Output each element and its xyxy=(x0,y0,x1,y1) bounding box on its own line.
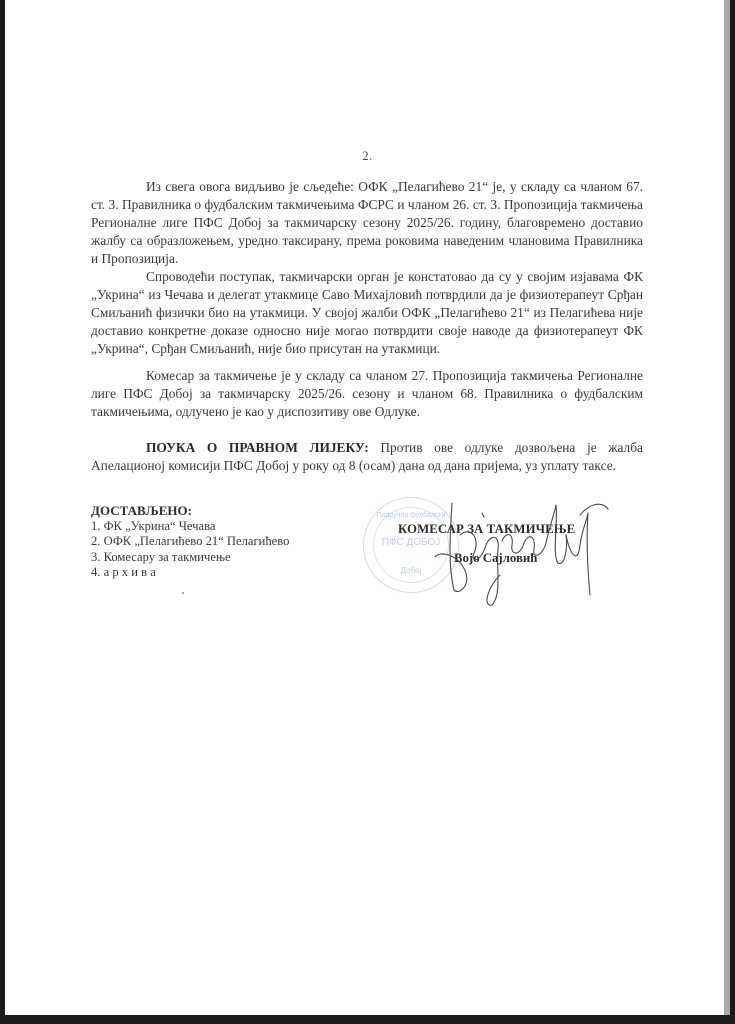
page-number: 2. xyxy=(0,149,735,164)
scan-speck xyxy=(182,592,184,594)
paragraph-procedure-findings: Спроводећи поступак, такмичарски орган ј… xyxy=(91,268,643,358)
delivered-to-item: 4. а р х и в а xyxy=(91,565,289,581)
handwritten-signature-icon xyxy=(430,495,610,610)
paragraph-appeal-timeliness: Из свега овога видљиво је сљедеће: ОФК „… xyxy=(91,178,643,268)
legal-remedy-notice: ПОУКА О ПРАВНОМ ЛИЈЕКУ: Против ове одлук… xyxy=(91,439,643,475)
legal-remedy-heading: ПОУКА О ПРАВНОМ ЛИЈЕКУ: xyxy=(146,440,369,455)
delivered-to-item: 1. ФК „Укрина“ Чечава xyxy=(91,519,289,535)
delivered-to-title: ДОСТАВЉЕНО: xyxy=(91,503,289,519)
delivered-to-list: ДОСТАВЉЕНО: 1. ФК „Укрина“ Чечава 2. ОФК… xyxy=(91,503,289,581)
delivered-to-item: 3. Комесару за такмичење xyxy=(91,550,289,566)
paragraph-decision-basis: Комесар за такмичење је у складу са члан… xyxy=(91,367,643,421)
delivered-to-item: 2. ОФК „Пелагићево 21“ Пелагићево xyxy=(91,534,289,550)
